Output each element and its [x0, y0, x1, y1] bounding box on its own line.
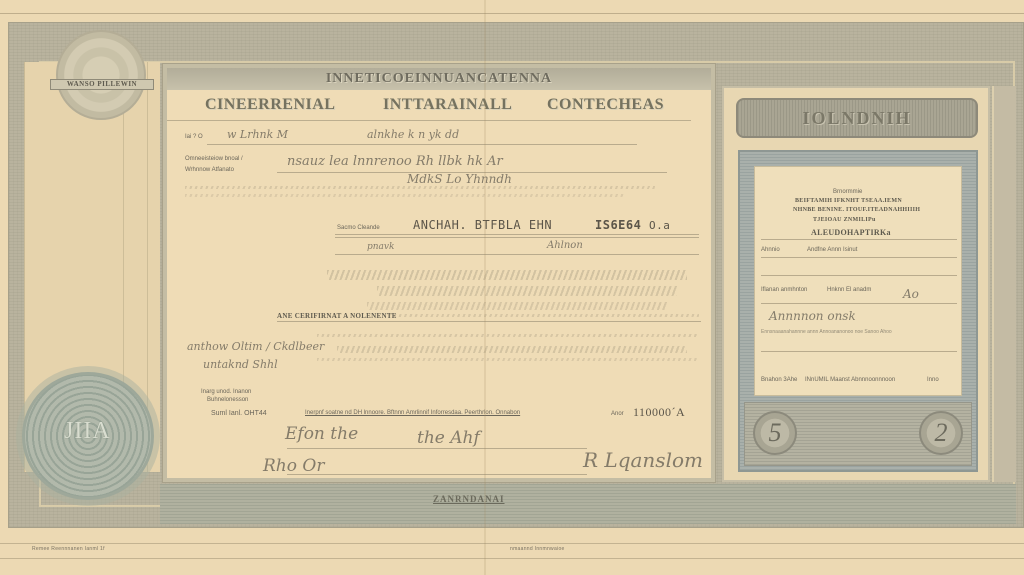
- fine-print-line: [317, 358, 697, 361]
- small-left-1: Inarg unod. Inanon: [201, 389, 251, 395]
- cert-row4-value: INnUMIL Maanst Abnnnoonnnoon: [805, 377, 895, 383]
- certification-caption: ANE CERIFIRNAT A NOLENENTE: [277, 312, 397, 320]
- top-seal-label: WANSO PILLEWIN: [50, 79, 154, 90]
- serial-label: Suml Ianl. OHT44: [211, 410, 267, 417]
- footer-rule-top: [0, 543, 1024, 544]
- row2-label-b: Wrhnnow Atfanato: [185, 167, 234, 173]
- right-banner: IOLNDNIH: [736, 98, 978, 138]
- fine-print-line: [185, 186, 655, 189]
- row1-field-line: [207, 144, 637, 145]
- typed-name: ANCHAH. BTFBLA EHN: [413, 218, 552, 232]
- row1-handwriting: w Lrhnk M: [227, 128, 288, 141]
- footer-rule-bottom: [0, 558, 1024, 559]
- top-seal-emblem: [56, 30, 146, 120]
- bottom-line-text: Inerpnf soatne nd DH lnnoore. Bftnnn Amr…: [305, 410, 520, 416]
- amount-value: 110000´A: [633, 405, 685, 420]
- bottom-seal-monogram: JIIA: [64, 418, 134, 445]
- name-sub-script-1: pnavk: [367, 242, 394, 252]
- cert-row4-label: Bnahon 3Ahe: [761, 377, 797, 383]
- cert-rule: [761, 275, 957, 276]
- cert-row3-fine: Ennsnaaanahannne annn Annoananonoo noe S…: [761, 329, 892, 335]
- name-label: Sacmo Cleande: [337, 225, 380, 231]
- left-script-2: untaknd Shhl: [203, 358, 278, 371]
- bottom-engraved-band: ZANRNDANAI: [160, 484, 1016, 524]
- cert-line-2: NHNBE BENINE. ITOUF.ITEADNAHHIIIH: [793, 207, 920, 213]
- cert-rule: [761, 239, 957, 240]
- cert-title: ALEUDOHAPTIRKa: [811, 228, 891, 237]
- footer-left-text: Remee Reennnanen Ianml 1f: [32, 546, 105, 552]
- signature-d: R Lqanslom: [583, 448, 703, 472]
- title-left: CINEERRENIAL: [205, 96, 335, 114]
- right-edge-frame: [992, 86, 1016, 482]
- certification-rule: [277, 321, 701, 322]
- fine-print-line: [317, 334, 697, 337]
- row2-handwriting: nsauz lea lnnrenoo Rh llbk hk Ar: [287, 154, 503, 169]
- fine-print-line: [185, 194, 625, 197]
- row2-label-a: Omneeisteiow bnoal /: [185, 156, 243, 162]
- right-cert-frame: Brnormmie BEIFTAMIH IFKNHT TSEAA.IEMN NH…: [738, 150, 978, 472]
- name-field-line-double: [335, 237, 699, 238]
- certificate-main-panel: INNETICOEINNUANCATENNA CINEERRENIAL INTT…: [163, 64, 715, 482]
- small-left-2: Buhnelonesson: [207, 397, 248, 403]
- name-field-line: [335, 234, 699, 235]
- handwritten-block: [327, 270, 687, 280]
- right-certificate-panel: IOLNDNIH Brnormmie BEIFTAMIH IFKNHT TSEA…: [722, 86, 990, 482]
- certificate-title-row: CINEERRENIAL INTTARAINALL CONTECHEAS: [167, 96, 711, 118]
- signature-b: the Ahf: [417, 428, 480, 448]
- cert-line-1: BEIFTAMIH IFKNHT TSEAA.IEMN: [795, 198, 902, 204]
- cert-row4-right: Inno: [927, 377, 939, 383]
- handwritten-block: [337, 346, 687, 353]
- certificate-header-band: INNETICOEINNUANCATENNA: [167, 68, 711, 90]
- cert-rule: [761, 303, 957, 304]
- cert-bottom-band: 5 2: [744, 402, 972, 466]
- signature-c: Rho Or: [263, 456, 324, 476]
- title-right: CONTECHEAS: [547, 96, 664, 114]
- row1-label: Iai ? O: [185, 134, 203, 140]
- left-script-1: anthow Oltim / Ckdlbeer: [187, 340, 324, 353]
- name-sub-script-2: Ahlnon: [547, 240, 583, 251]
- cert-row2-label: Iflanan anmhnton: [761, 287, 807, 293]
- cert-row2-signature: Ao: [903, 287, 919, 301]
- signature-line-2: [287, 474, 587, 475]
- top-border-rule: [0, 13, 1024, 14]
- left-medallion: 5: [753, 411, 797, 455]
- right-cert-inner: Brnormmie BEIFTAMIH IFKNHT TSEAA.IEMN NH…: [754, 166, 962, 396]
- typed-suffix: O.a: [649, 219, 670, 232]
- cert-row1-label: Ahnnio: [761, 247, 780, 253]
- cert-row3-script: Annnnon onsk: [769, 309, 856, 323]
- cert-row2-value: Hnknn El anadm: [827, 287, 871, 293]
- fine-print-line: [389, 314, 699, 317]
- typed-number: IS6E64: [595, 218, 641, 232]
- row3-handwriting: MdkS Lo Yhnndh: [407, 172, 512, 186]
- amount-label: Anor: [611, 411, 624, 417]
- page-fold: [484, 0, 486, 575]
- handwritten-block: [367, 302, 667, 310]
- cert-row1-value: Andfne Annn Isinut: [807, 247, 857, 253]
- cert-rule: [761, 257, 957, 258]
- cert-line-3: TJEIOAU ZNMILIPu: [813, 217, 876, 223]
- cert-header-small: Brnormmie: [833, 189, 862, 195]
- title-center: INTTARAINALL: [383, 96, 512, 114]
- sub-field-line: [335, 254, 699, 255]
- right-medallion: 2: [919, 411, 963, 455]
- cert-rule: [761, 351, 957, 352]
- row1-handwriting-right: alnkhe k n yk dd: [367, 128, 459, 141]
- bottom-band-label: ZANRNDANAI: [433, 494, 505, 504]
- handwritten-block: [377, 286, 677, 296]
- signature-line-1: [287, 448, 587, 449]
- footer-center-text: nmaannd Innmnwaioe: [510, 546, 565, 552]
- title-divider: [167, 120, 691, 121]
- signature-a: Efon the: [285, 424, 358, 444]
